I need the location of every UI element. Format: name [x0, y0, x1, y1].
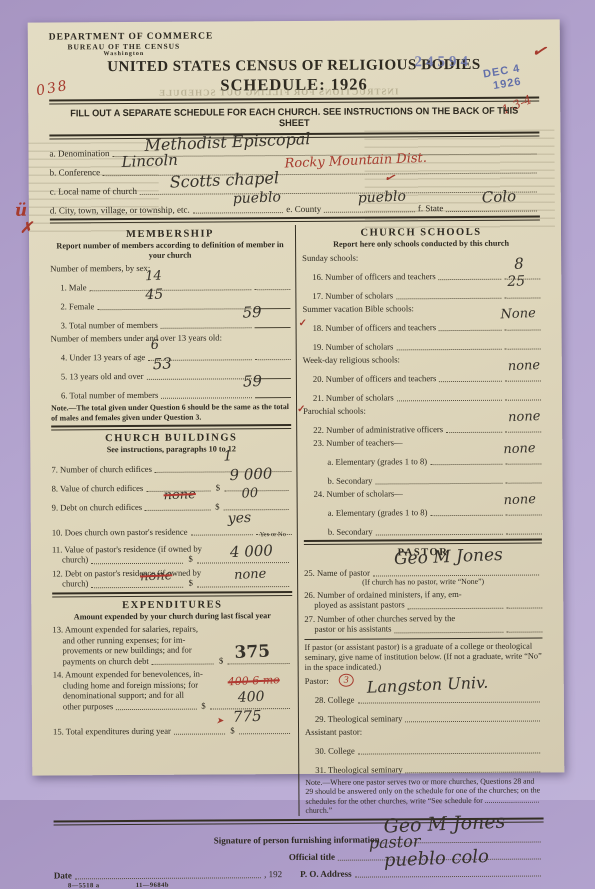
- q19: 19. Number of scholars: [303, 333, 541, 351]
- handwritten-value: yes: [227, 509, 251, 526]
- dotted-leader: [239, 733, 290, 734]
- dotted-leader: [116, 709, 196, 710]
- dotted-leader: [191, 534, 253, 535]
- q18: ✓ 18. Number of officers and teachers No…: [302, 314, 540, 332]
- rule: [49, 97, 539, 105]
- handwritten-pastor-name: Geo M Jones: [394, 544, 504, 568]
- rule: [304, 637, 542, 639]
- dotted-leader: [376, 533, 503, 535]
- red-check-annotation: ✓: [297, 403, 305, 414]
- q28-college: 28. College Langston Univ.: [305, 686, 543, 704]
- dollar-sign: $: [216, 482, 220, 492]
- buildings-subtitle: See instructions, paragraphs 10 to 12: [51, 444, 291, 455]
- field-label: b. Conference: [50, 167, 101, 177]
- handwritten-value: None: [500, 305, 536, 321]
- handwritten-value: none: [234, 569, 267, 581]
- graduate-paragraph: If pastor (or assistant pastor) is a gra…: [304, 641, 542, 672]
- handwritten-struck-value: none: [140, 571, 173, 583]
- census-schedule-form: INSTRUCTIONS FOR FILLING OUT SCHEDULE 24…: [28, 19, 565, 775]
- field-label: e. County: [286, 204, 321, 214]
- handwritten-value: 59: [242, 303, 262, 322]
- membership-note: Note.—The total given under Question 6 s…: [51, 402, 291, 422]
- group-label-assistant: Assistant pastor:: [305, 725, 543, 736]
- handwritten-value: none: [503, 491, 536, 507]
- field-label: c. Local name of church: [50, 186, 137, 197]
- dotted-leader: [439, 329, 502, 330]
- answer-box: [506, 533, 542, 534]
- red-check-annotation: ✓: [299, 317, 307, 328]
- dollar-sign: $: [219, 655, 223, 666]
- dotted-leader: [405, 720, 540, 722]
- dotted-leader: [161, 397, 252, 399]
- instruction-banner: FILL OUT A SEPARATE SCHEDULE FOR EACH CH…: [59, 105, 530, 132]
- q13-salaries: 13. Amount expended for salaries, repair…: [52, 623, 292, 666]
- handwritten-value: 400: [238, 692, 265, 704]
- dotted-leader: [395, 631, 504, 633]
- q22: 22. Number of administrative officers no…: [303, 416, 541, 434]
- dotted-leader: [324, 211, 415, 213]
- handwritten-conference: Lincoln: [121, 151, 178, 171]
- field-label: f. State: [418, 203, 444, 213]
- group-label: Number of members under and over 13 year…: [51, 332, 291, 343]
- q6-total-members: 6. Total number of members 59: [51, 382, 291, 400]
- answer-box: [505, 380, 541, 381]
- dotted-leader: [145, 509, 210, 510]
- q25-pastor-name: 25. Name of pastor Geo M Jones: [304, 559, 542, 577]
- dotted-leader: [357, 701, 539, 703]
- dotted-leader: [408, 607, 504, 609]
- buildings-heading: CHURCH BUILDINGS: [51, 432, 291, 444]
- handwritten-value: 25: [507, 273, 525, 290]
- q10-own-residence: 10. Does church own pastor's residence y…: [52, 519, 292, 537]
- dotted-leader: [197, 586, 289, 588]
- dotted-leader: [358, 752, 540, 754]
- dotted-leader: [227, 663, 289, 664]
- handwritten-value: 4 000: [230, 545, 273, 557]
- dotted-leader: [90, 289, 252, 291]
- answer-box: [505, 399, 541, 400]
- right-column: CHURCH SCHOOLS Report here only schools …: [295, 224, 544, 800]
- pastor-note: Note.—Where one pastor serves two or mor…: [305, 776, 543, 800]
- dotted-leader: [91, 562, 183, 564]
- dollar-sign: $: [201, 700, 205, 711]
- group-label: Sunday schools:: [302, 251, 540, 262]
- answer-box: [255, 359, 291, 360]
- answer-box: [505, 463, 541, 464]
- rule: [52, 591, 292, 597]
- dotted-leader: [193, 212, 284, 214]
- answer-box: [505, 348, 541, 349]
- answer-box: [255, 397, 291, 398]
- dollar-sign: $: [215, 501, 219, 511]
- dotted-leader: [373, 574, 539, 576]
- group-label: Number of members, by sex:: [50, 262, 290, 273]
- handwritten-value: 14: [145, 269, 162, 285]
- handwritten-value: 8: [514, 254, 524, 272]
- dotted-leader: [174, 733, 225, 734]
- answer-box: [506, 482, 542, 483]
- dollar-sign: $: [189, 578, 193, 589]
- q25-hint: (If church has no pastor, write “None”): [304, 576, 542, 586]
- answer-box: [505, 431, 541, 432]
- serial-number-stamp: 24594: [414, 54, 472, 71]
- dotted-leader: [396, 348, 501, 350]
- q12-debt-residence: 12. Debt on pastor's residence (if owned…: [52, 567, 292, 589]
- q11-value-residence: 11. Value of pastor's residence (if owne…: [52, 543, 292, 565]
- q27: 27. Number of other churches served by t…: [304, 612, 542, 634]
- handwritten-county: pueblo: [357, 188, 406, 206]
- q9-debt-edifices: 9. Debt on church edifices $ none 00: [52, 494, 292, 512]
- handwritten-value: 375: [234, 647, 270, 659]
- q24b: b. Secondary: [304, 518, 542, 536]
- answer-box: [254, 289, 290, 290]
- handwritten-value: none: [503, 440, 536, 456]
- dotted-leader: [446, 431, 502, 432]
- dotted-leader: [446, 211, 537, 213]
- q26: 26. Number of ordained ministers, if any…: [304, 588, 542, 610]
- answer-box: [255, 327, 291, 328]
- membership-subtitle: Report number of members according to de…: [50, 240, 290, 260]
- field-label: a. Denomination: [49, 148, 109, 158]
- dotted-leader: [161, 327, 252, 329]
- agency-name: DEPARTMENT OF COMMERCE: [49, 30, 539, 43]
- handwritten-city: pueblo: [232, 189, 281, 207]
- red-check-annotation: ✓: [530, 40, 548, 62]
- q15-total-expenditures: 15. Total expenditures during year $ ➤ 7…: [53, 718, 293, 736]
- field-label: d. City, town, village, or township, etc…: [50, 205, 190, 216]
- red-margin-x-mark: ✗: [20, 219, 33, 237]
- dotted-leader: [406, 771, 541, 773]
- dollar-sign: $: [188, 554, 192, 565]
- q14-benevolences: 14. Amount expended for benevolences, in…: [53, 668, 293, 711]
- rule: [51, 424, 291, 430]
- answer-box: [504, 297, 540, 298]
- dotted-leader: [439, 278, 502, 279]
- expenditures-heading: EXPENDITURES: [52, 599, 292, 611]
- dotted-leader: [97, 308, 251, 310]
- handwritten-value: none: [508, 408, 541, 424]
- answer-box: [506, 631, 542, 632]
- q20: 20. Number of officers and teachers none: [303, 365, 541, 383]
- dotted-leader: [146, 378, 251, 380]
- dotted-leader: [197, 562, 289, 564]
- handwritten-value: 775: [233, 707, 262, 726]
- handwritten-value: 9 000: [229, 464, 273, 484]
- handwritten-struck-value: none: [163, 487, 196, 503]
- rule: [304, 538, 542, 544]
- handwritten-state: Colo: [481, 187, 516, 206]
- field-row-city-county-state: d. City, town, village, or township, etc…: [50, 197, 540, 216]
- dotted-leader: [375, 482, 502, 484]
- q16: 16. Number of officers and teachers 8: [302, 263, 540, 281]
- answer-box: [506, 514, 542, 515]
- q3-total-members: 3. Total number of members 59: [50, 312, 290, 330]
- red-circled-number: 3: [339, 673, 354, 686]
- dotted-leader: [152, 664, 214, 665]
- q31-seminary: 31. Theological seminary: [305, 756, 543, 774]
- schools-subtitle: Report here only schools conducted by th…: [302, 239, 540, 250]
- dotted-leader: [439, 380, 502, 381]
- dollar-sign: $: [230, 725, 234, 735]
- q21: 21. Number of scholars: [303, 384, 541, 402]
- handwritten-value: 45: [145, 287, 163, 304]
- q30-college: 30. College: [305, 737, 543, 755]
- handwritten-church-name: Scotts chapel: [169, 168, 279, 191]
- answer-box: [505, 329, 541, 330]
- dotted-leader: [430, 514, 502, 515]
- expenditures-subtitle: Amount expended by your church during la…: [52, 611, 292, 622]
- yes-or-no-hint: Yes or No: [260, 531, 286, 538]
- handwritten-value: none: [508, 357, 541, 373]
- q24a: a. Elementary (grades 1 to 8) none: [304, 499, 542, 517]
- q1-male: 1. Male 14: [50, 274, 290, 292]
- bureau-city: Washington: [49, 51, 199, 58]
- field-row-church-name: c. Local name of church Scotts chapel: [50, 178, 540, 197]
- handwritten-value: 6: [150, 338, 159, 353]
- handwritten-value: 59: [243, 372, 263, 391]
- ghost-mirrored-text: INSTRUCTIONS FOR FILLING OUT SCHEDULE: [158, 86, 398, 97]
- answer-box: [506, 607, 542, 608]
- bureau-name: BUREAU OF THE CENSUS: [49, 42, 199, 52]
- q23b: b. Secondary: [303, 467, 541, 485]
- handwritten-value: 00: [241, 485, 258, 501]
- red-struck-annotation: 400 6 mo: [228, 675, 280, 688]
- left-column: MEMBERSHIP Report number of members acco…: [50, 225, 299, 800]
- dotted-leader: [91, 586, 183, 588]
- dotted-leader: [397, 399, 502, 401]
- group-label: Week-day religious schools:: [303, 353, 541, 364]
- group-label-parochial: ✓ Parochial schools:: [303, 404, 541, 415]
- q29-seminary: 29. Theological seminary: [305, 705, 543, 723]
- red-arrow-annotation: ➤: [216, 716, 224, 726]
- field-row-conference: b. Conference Lincoln Rocky Mountain Dis…: [50, 159, 540, 178]
- handwritten-value: 53: [152, 354, 172, 373]
- dotted-leader: [430, 463, 502, 464]
- handwritten-value: 1: [223, 448, 233, 464]
- dotted-leader: [396, 297, 501, 299]
- q17: 17. Number of scholars 25: [302, 282, 540, 300]
- q23a: a. Elementary (grades 1 to 8) none: [303, 448, 541, 466]
